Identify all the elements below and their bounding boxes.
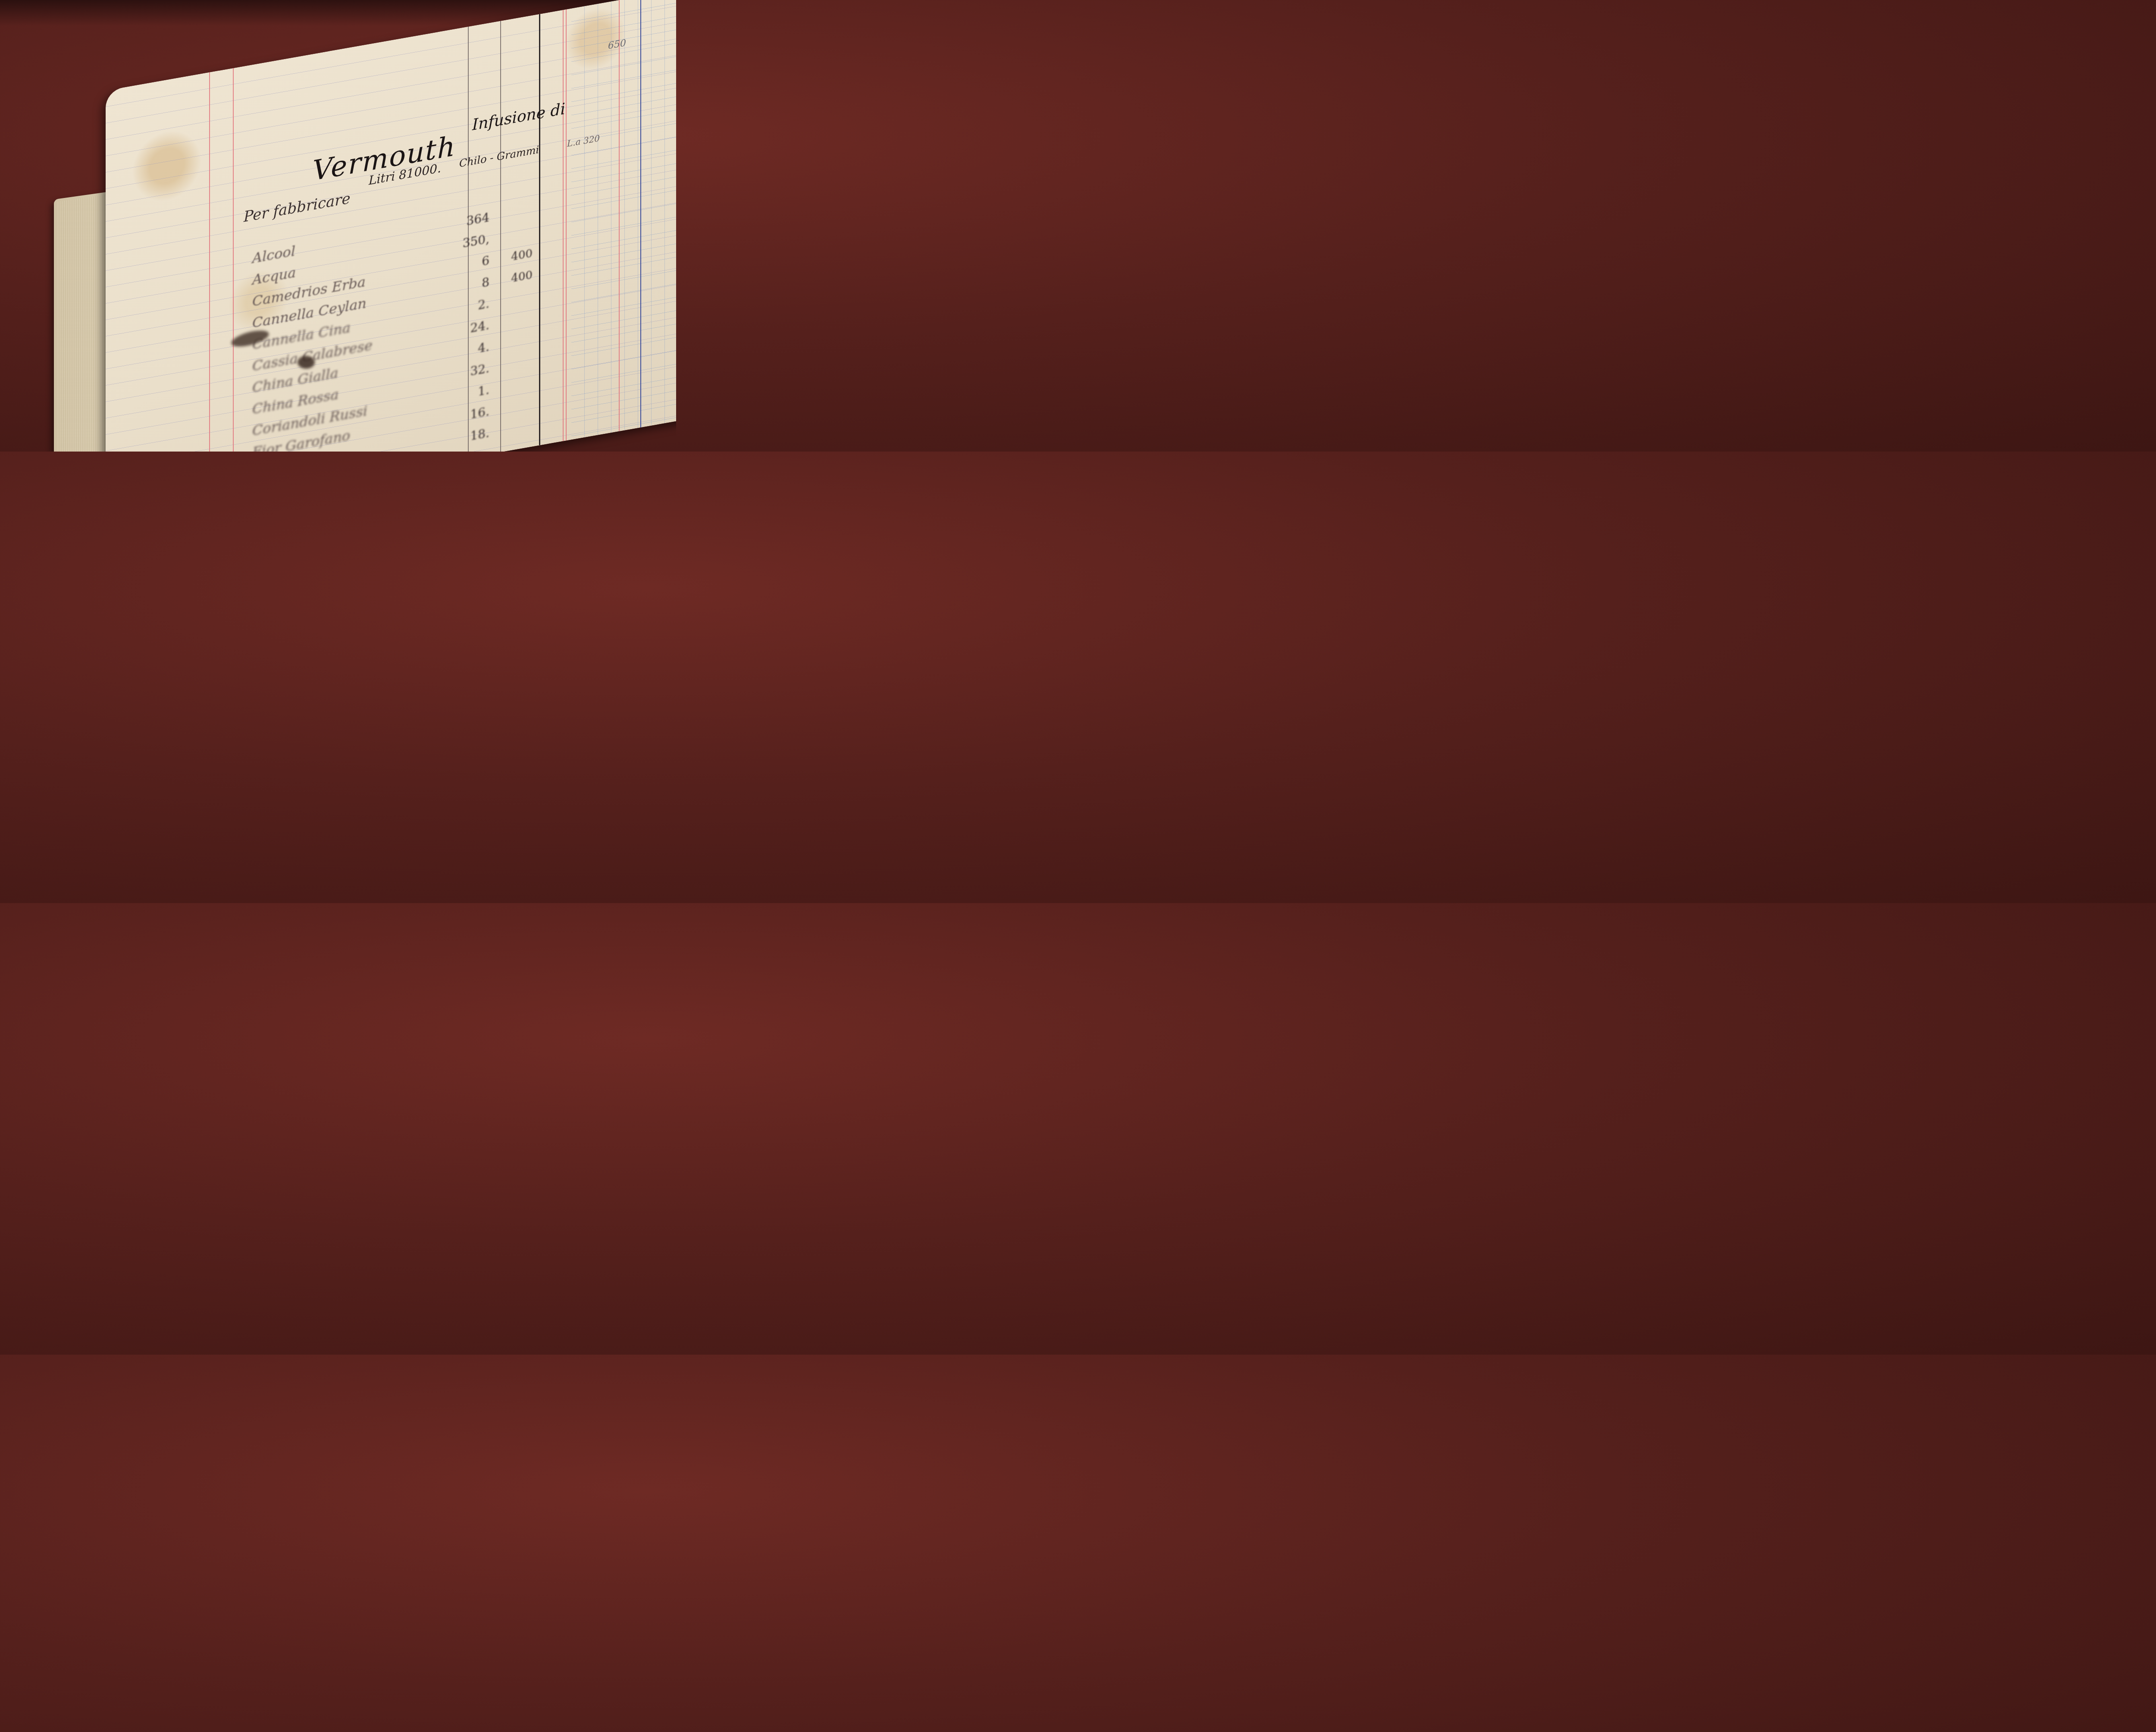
ingredient-kg: 24. xyxy=(459,318,489,337)
ink-blot xyxy=(298,356,315,369)
ingredient-g xyxy=(489,321,533,329)
ingredient-g xyxy=(489,235,533,243)
ingredient-g xyxy=(489,386,533,394)
ingredient-list: Alcool 364 Acqua 350, Camedrios Erba 6 4… xyxy=(252,201,533,452)
ingredient-kg: 32. xyxy=(459,361,489,380)
ingredient-g xyxy=(489,213,533,221)
page-number: 650 xyxy=(608,38,626,51)
ingredient-g xyxy=(489,408,533,415)
ingredient-g xyxy=(489,429,533,437)
ingredient-g: 400 xyxy=(489,247,533,267)
ingredient-kg: 4. xyxy=(459,339,489,359)
column-headers: Chilo - Grammi xyxy=(459,144,539,170)
recipe-subtitle: Per fabbricare xyxy=(244,190,351,226)
ingredient-g xyxy=(489,300,533,307)
ingredient-kg: 8 xyxy=(459,275,489,294)
ingredient-kg: 6 xyxy=(459,253,489,273)
ingredient-g: 400 xyxy=(489,268,533,289)
ingredient-kg: 18. xyxy=(459,426,489,445)
ingredient-kg: 16. xyxy=(459,404,489,424)
ingredient-kg: 350, xyxy=(459,232,489,251)
pencil-note: L.a 320 xyxy=(567,133,600,149)
ingredient-g xyxy=(489,364,533,372)
ingredient-kg: 1. xyxy=(459,383,489,402)
ingredient-kg: 2. xyxy=(459,296,489,316)
ingredient-kg: 364 xyxy=(459,210,489,229)
ingredient-g xyxy=(489,343,533,351)
recipe-title-suffix: Infusione di xyxy=(472,100,565,134)
